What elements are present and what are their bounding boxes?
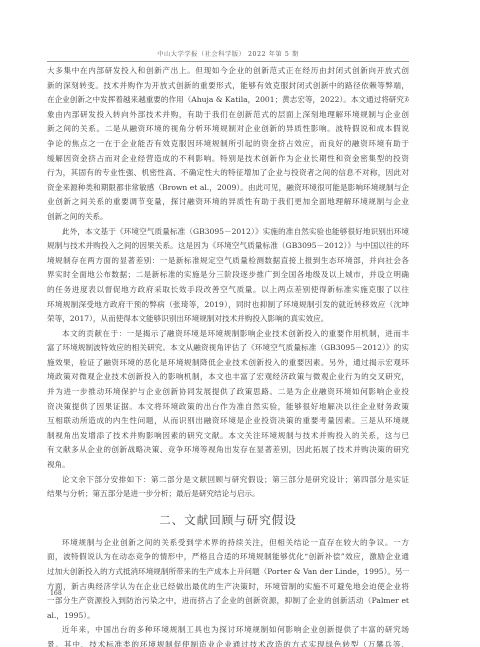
text-line: al.，1995）。	[47, 609, 409, 624]
text-line: 并为进一步推动环境保护与企业创新协同发展提供了政策思路。二是为企业融资环境如何影…	[47, 385, 409, 400]
text-line: 制视角出发增添了技术并购影响因素的研究文献。本文关注环境规制与技术并购投入的关系…	[47, 429, 409, 444]
text-line: 富了环境规制波特效应的相关研究。本文从融资视角评估了《环境空气质量标准（GB30…	[47, 341, 409, 356]
running-header: 中山大学学报（社会科学版） 2022 年第 5 期	[47, 49, 409, 58]
header-rule	[47, 61, 409, 62]
text-line: 新的深刻转变。技术并购作为开放式创新的重要形式，能够有效克服封闭式创新中的路径依…	[47, 79, 409, 94]
text-line: 争论的焦点之一在于企业能否有效克服因环境规制所引起的资金挤占效应，而良好的融资环…	[47, 137, 409, 152]
text-line: 互相联动所造成的内生性问题，从而识别出融资环境是企业投资决策的重要考量因素。三是…	[47, 414, 409, 429]
text-line: 资决策提供了因果证据。本文将环境政策的出台作为准自然实验，能够很好地解决以往企业…	[47, 400, 409, 415]
text-line: 缓解因资金挤占而对企业经营造成的不利影响。特别是技术创新作为企业长期性和资金密集…	[47, 152, 409, 167]
text-line: 创新之间的关系。	[47, 210, 409, 225]
text-line: 论文余下部分安排如下：第二部分是文献回顾与研究假设；第三部分是研究设计；第四部分…	[47, 473, 409, 488]
text-line: 施效果，验证了融资环境的恶化是环境规制降低企业技术创新投入的重要因素。另外，通过…	[47, 356, 409, 371]
text-line: 境政策对微观企业技术创新投入的影响机制，本文也丰富了宏观经济政策与微观企业行为的…	[47, 370, 409, 385]
text-line: 本文的贡献在于：一是揭示了融资环境是环境规制影响企业技术创新投入的重要作用机制，…	[47, 327, 409, 342]
text-line: 的任务进度表以督促地方政府采取长效手段改善空气质量。以上两点差别使得新标准实施克…	[47, 283, 409, 298]
text-line: 此外，本文基于《环境空气质量标准（GB3095－2012）》实施的准自然实验也能…	[47, 225, 409, 240]
text-line: 荣等，2017），从而使得本文能够识别出环境规制对技术并购投入影响的真实效应。	[47, 312, 409, 327]
text-line: 资金来源种类和期限都非常敏感（Brown et al.，2009）。由此可见，融…	[47, 181, 409, 196]
paragraph: 此外，本文基于《环境空气质量标准（GB3095－2012）》实施的准自然实验也能…	[47, 225, 409, 327]
text-line: 规制与技术并购投入之间的因果关系。这是因为《环境空气质量标准（GB3095－20…	[47, 239, 409, 254]
text-line: 行为，其固有的专业性强、机密性高、不确定性大的特征增加了企业与投资者之间的信息不…	[47, 166, 409, 181]
text-line: 面，波特假说认为在动态竞争的情形中，严格且合适的环境规制能够优化“创新补偿”效应…	[47, 550, 409, 565]
text-line: 境规制存在两方面的显著差别：一是新标准规定空气质量检测数据直接上报到生态环境部，…	[47, 254, 409, 269]
text-line: 新之间的关系。二是从融资环境的视角分析环境规制对企业创新的异质性影响。波特假说和…	[47, 122, 409, 137]
text-line: 环境规制深受地方政府干预的弊病（张琦等，2019），同时也抑制了环境规制引发的就…	[47, 298, 409, 313]
text-line: 视角。	[47, 458, 409, 473]
text-line: 界实时全面地公布数据；二是新标准的实施是分三阶段逐步推广到全国各地级及以上城市，…	[47, 268, 409, 283]
section-heading: 二、文献回顾与研究假设	[47, 502, 409, 536]
text-line: 有文献多从企业的创新战略决策、竞争环境等视角出发存在显著差别，因此拓展了技术并购…	[47, 443, 409, 458]
paragraph: 论文余下部分安排如下：第二部分是文献回顾与研究假设；第三部分是研究设计；第四部分…	[47, 473, 409, 502]
text-line: 在企业创新之中发挥着越来越重要的作用（Ahuja & Katila，2001；黄…	[47, 93, 409, 108]
paragraph: 本文的贡献在于：一是揭示了融资环境是环境规制影响企业技术创新投入的重要作用机制，…	[47, 327, 409, 473]
paragraph: 环境规制与企业创新之间的关系受到学术界的持续关注，但相关结论一直存在较大的争议。…	[47, 536, 409, 624]
text-line: 大多集中在内部研发投入和创新产出上。但现如今企业的创新范式正在经历由封闭式创新向…	[47, 64, 409, 79]
text-line: 环境规制与企业创新之间的关系受到学术界的持续关注，但相关结论一直存在较大的争议。…	[47, 536, 409, 551]
text-line: 结果与分析；第五部分是进一步分析；最后是研究结论与启示。	[47, 487, 409, 502]
article-body: 大多集中在内部研发投入和创新产出上。但现如今企业的创新范式正在经历由封闭式创新向…	[47, 64, 409, 647]
text-line: 景。其中，技术标准类的环境规制促使制造业企业通过技术改造的方式实现绿色转型（万攀…	[47, 638, 409, 647]
paragraph: 近年来，中国出台的多种环境规制工具也为探讨环境规制如何影响企业创新提供了丰富的研…	[47, 623, 409, 647]
paragraph: 大多集中在内部研发投入和创新产出上。但现如今企业的创新范式正在经历由封闭式创新向…	[47, 64, 409, 225]
page-number: 168	[50, 590, 62, 597]
text-line: 过加大创新投入的方式抵消环境规制所带来的生产成本上升问题（Porter & Va…	[47, 565, 409, 580]
text-line: 业创新之间关系的重要调节变量，探讨融资环境的异质性有助于我们更加全面地理解环境规…	[47, 195, 409, 210]
text-line: 近年来，中国出台的多种环境规制工具也为探讨环境规制如何影响企业创新提供了丰富的研…	[47, 623, 409, 638]
text-line: 象由内部研发投入转向外部技术并购，有助于我们在创新范式的层面上深刻地理解环境规制…	[47, 108, 409, 123]
text-line: 方面，新古典经济学认为在企业已经做出最优的生产决策时，环境管制的实施不可避免地会…	[47, 580, 409, 595]
text-line: 一部分生产资源投入到防治污染之中，进而挤占了企业的创新资源，抑制了企业的创新活动…	[47, 594, 409, 609]
